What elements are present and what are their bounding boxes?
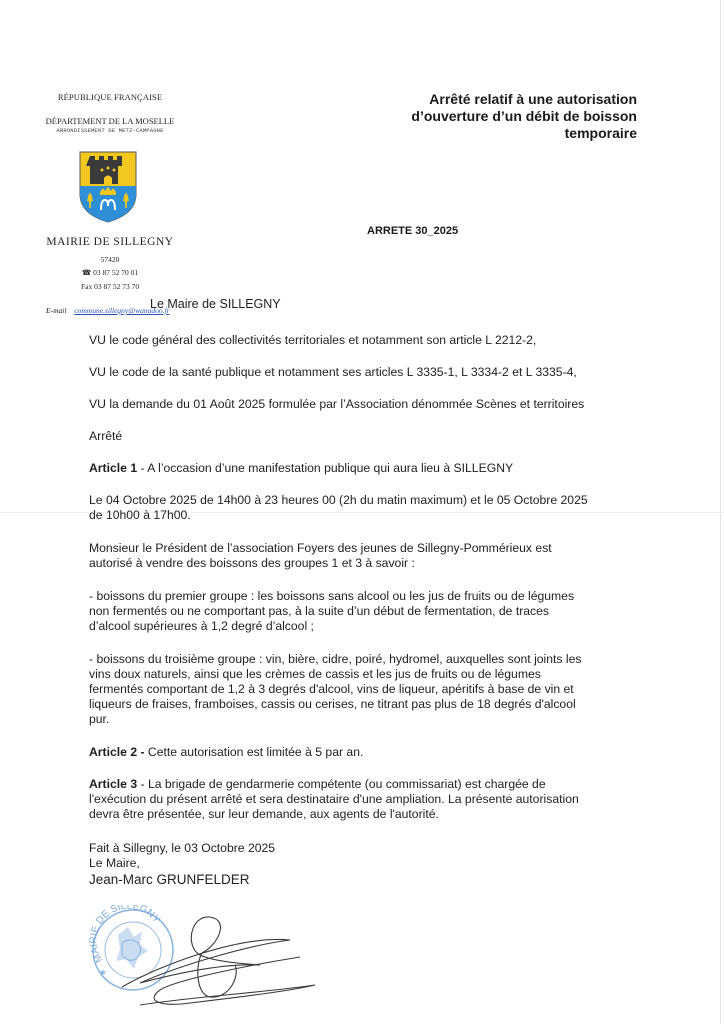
group-3-line: - boissons du troisième groupe : vin, bi…	[89, 652, 649, 667]
consideration-2: VU le code de la santé publique et notam…	[89, 365, 649, 380]
title-line-2: d’ouverture d’un débit de boisson	[337, 108, 637, 125]
phone-icon: ☎	[82, 268, 91, 277]
dates-line-1: Le 04 Octobre 2025 de 14h00 à 23 heures …	[89, 493, 649, 508]
group-3-line: liqueurs de fraises, framboises, cassis …	[89, 697, 649, 712]
republic-label: RÉPUBLIQUE FRANÇAISE	[30, 92, 190, 102]
decree-reference: ARRETE 30_2025	[367, 225, 458, 237]
group-1-line: d’alcool supérieures à 1,2 degré d’alcoo…	[89, 619, 649, 634]
article-2: Article 2 - Cette autorisation est limit…	[89, 745, 649, 760]
group-1-line: non fermentés ou ne comportant pas, à la…	[89, 604, 649, 619]
consideration-3: VU la demande du 01 Août 2025 formulée p…	[89, 397, 649, 412]
article-1-dates: Le 04 Octobre 2025 de 14h00 à 23 heures …	[89, 493, 649, 523]
mairie-name: MAIRIE DE SILLEGNY	[30, 236, 190, 248]
group-1-paragraph: - boissons du premier groupe : les boiss…	[89, 589, 649, 634]
article-3: Article 3 - La brigade de gendarmerie co…	[89, 777, 649, 822]
signoff-place-date: Fait à Sillegny, le 03 Octobre 2025	[89, 841, 649, 856]
article-3-text-2: l'exécution du présent arrêté et sera de…	[89, 792, 649, 807]
intro-mayor: Le Maire de SILLEGNY	[150, 297, 281, 311]
signoff: Fait à Sillegny, le 03 Octobre 2025 Le M…	[89, 841, 649, 888]
phone-line: ☎ 03 87 52 70 01	[30, 268, 190, 277]
email-label: E-mail	[46, 306, 66, 315]
postcode: 57420	[30, 255, 190, 264]
consideration-1: VU le code général des collectivités ter…	[89, 333, 649, 348]
article-3-text-1: - La brigade de gendarmerie compétente (…	[137, 777, 546, 791]
article-1-text: - A l’occasion d’une manifestation publi…	[137, 461, 513, 475]
signoff-name: Jean-Marc GRUNFELDER	[89, 871, 649, 888]
article-1-heading: Article 1 - A l’occasion d’une manifesta…	[89, 461, 649, 476]
article-2-text: Cette autorisation est limitée à 5 par a…	[145, 745, 364, 759]
phone-number: 03 87 52 70 01	[93, 268, 138, 277]
title-line-3: temporaire	[337, 125, 637, 142]
group-3-line: vins doux naturels, ainsi que les crèmes…	[89, 667, 649, 682]
arrondissement-label: ARRONDISSEMENT DE METZ-CAMPAGNE	[30, 127, 190, 134]
title-line-1: Arrêté relatif à une autorisation	[337, 91, 637, 108]
authorised-line-2: autorisé à vendre des boissons des group…	[89, 556, 649, 571]
coat-of-arms-icon	[78, 150, 138, 224]
group-3-line: pur.	[89, 712, 649, 727]
document-title: Arrêté relatif à une autorisation d’ouve…	[337, 91, 637, 142]
document-page: RÉPUBLIQUE FRANÇAISE DÉPARTEMENT DE LA M…	[0, 0, 724, 1024]
article-1-authorised: Monsieur le Président de l’association F…	[89, 541, 649, 571]
dates-line-2: de 10h00 à 17h00.	[89, 508, 649, 523]
group-3-line: fermentés comportant de 1,2 à 3 degrés d…	[89, 682, 649, 697]
fax-number: Fax 03 87 52 73 70	[30, 282, 190, 291]
decree-word: Arrêté	[89, 429, 649, 444]
letterhead: RÉPUBLIQUE FRANÇAISE DÉPARTEMENT DE LA M…	[30, 92, 190, 134]
article-3-label: Article 3	[89, 777, 137, 791]
article-2-label: Article 2 -	[89, 745, 145, 759]
article-1-label: Article 1	[89, 461, 137, 475]
signoff-role: Le Maire,	[89, 856, 649, 871]
authorised-line-1: Monsieur le Président de l’association F…	[89, 541, 649, 556]
article-3-text-3: devra être présentée, sur leur demande, …	[89, 807, 649, 822]
group-1-line: - boissons du premier groupe : les boiss…	[89, 589, 649, 604]
department-label: DÉPARTEMENT DE LA MOSELLE	[30, 116, 190, 126]
group-3-paragraph: - boissons du troisième groupe : vin, bi…	[89, 652, 649, 727]
mayor-signature	[100, 905, 330, 1015]
